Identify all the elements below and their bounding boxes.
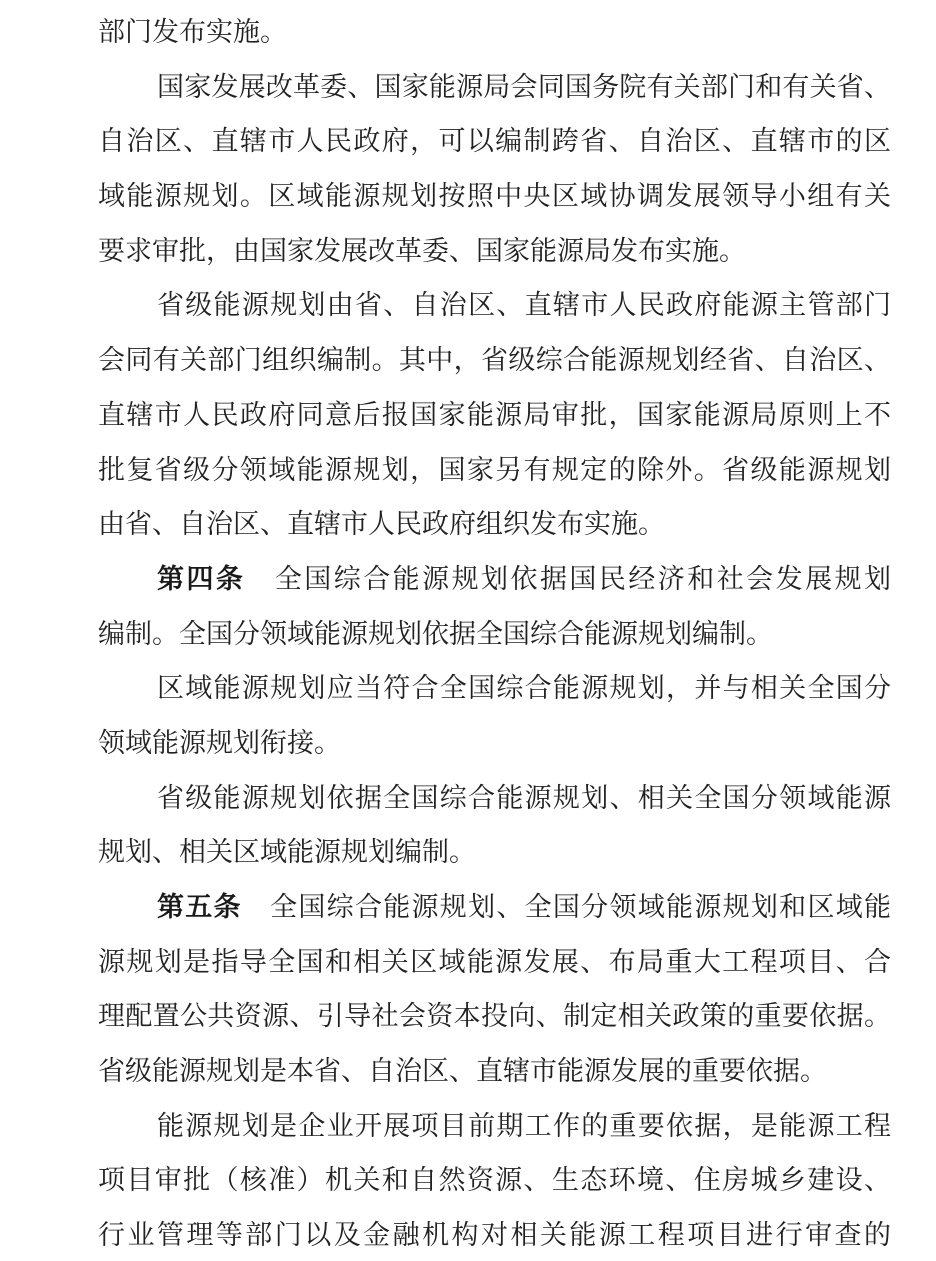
line-text: 规划、相关区域能源规划编制。 [98,837,476,867]
line-text: 省级能源规划是本省、自治区、直辖市能源发展的重要依据。 [98,1056,827,1086]
line-text: 编制。全国分领域能源规划依据全国综合能源规划编制。 [98,619,773,649]
text-line: 会同有关部门组织编制。其中，省级综合能源规划经省、自治区、 [98,333,891,388]
text-line: 编制。全国分领域能源规划依据全国综合能源规划编制。 [98,607,891,662]
line-text: 省级能源规划由省、自治区、直辖市人民政府能源主管部门 [157,290,891,320]
line-text: 全国综合能源规划依据国民经济和社会发展规划 [245,564,891,594]
text-line: 规划、相关区域能源规划编制。 [98,825,891,880]
text-line: 第五条 全国综合能源规划、全国分领域能源规划和区域能 [98,880,891,935]
text-line: 理配置公共资源、引导社会资本投向、制定相关政策的重要依据。 [98,989,891,1044]
line-text: 能源规划是企业开展项目前期工作的重要依据，是能源工程 [157,1111,891,1141]
line-text: 部门发布实施。 [98,17,287,47]
text-line: 省级能源规划依据全国综合能源规划、相关全国分领域能源 [98,771,891,826]
line-text: 理配置公共资源、引导社会资本投向、制定相关政策的重要依据。 [98,1001,891,1031]
text-line: 自治区、直辖市人民政府，可以编制跨省、自治区、直辖市的区 [98,114,891,169]
line-text: 直辖市人民政府同意后报国家能源局审批，国家能源局原则上不 [98,400,891,430]
line-text: 项目审批（核准）机关和自然资源、生态环境、住房城乡建设、 [98,1165,891,1195]
article-number-bold: 第四条 [157,564,245,594]
text-line: 第四条 全国综合能源规划依据国民经济和社会发展规划 [98,552,891,607]
line-text: 全国综合能源规划、全国分领域能源规划和区域能 [242,892,891,922]
line-text: 自治区、直辖市人民政府，可以编制跨省、自治区、直辖市的区 [98,126,891,156]
text-line: 省级能源规划由省、自治区、直辖市人民政府能源主管部门 [98,278,891,333]
line-text: 国家发展改革委、国家能源局会同国务院有关部门和有关省、 [157,72,891,102]
line-text: 批复省级分领域能源规划，国家另有规定的除外。省级能源规划 [98,455,891,485]
document-page: 部门发布实施。 国家发展改革委、国家能源局会同国务院有关部门和有关省、 自治区、… [0,0,936,1261]
text-line: 批复省级分领域能源规划，国家另有规定的除外。省级能源规划 [98,443,891,498]
text-line: 源规划是指导全国和相关区域能源发展、布局重大工程项目、合 [98,935,891,990]
text-line: 能源规划是企业开展项目前期工作的重要依据，是能源工程 [98,1099,891,1154]
text-line: 国家发展改革委、国家能源局会同国务院有关部门和有关省、 [98,60,891,115]
line-text: 行业管理等部门以及金融机构对相关能源工程项目进行审查的 [98,1220,891,1250]
text-line: 要求审批，由国家发展改革委、国家能源局发布实施。 [98,224,891,279]
text-line: 省级能源规划是本省、自治区、直辖市能源发展的重要依据。 [98,1044,891,1099]
text-line: 部门发布实施。 [98,5,891,60]
line-text: 域能源规划。区域能源规划按照中央区域协调发展领导小组有关 [98,181,891,211]
line-text: 会同有关部门组织编制。其中，省级综合能源规划经省、自治区、 [98,345,891,375]
text-line: 行业管理等部门以及金融机构对相关能源工程项目进行审查的 [98,1208,891,1261]
line-text: 区域能源规划应当符合全国综合能源规划，并与相关全国分 [157,673,891,703]
text-line: 项目审批（核准）机关和自然资源、生态环境、住房城乡建设、 [98,1153,891,1208]
text-line: 领域能源规划衔接。 [98,716,891,771]
text-line: 区域能源规划应当符合全国综合能源规划，并与相关全国分 [98,661,891,716]
text-line: 域能源规划。区域能源规划按照中央区域协调发展领导小组有关 [98,169,891,224]
article-number-bold: 第五条 [157,892,242,922]
line-text: 源规划是指导全国和相关区域能源发展、布局重大工程项目、合 [98,947,891,977]
line-text: 要求审批，由国家发展改革委、国家能源局发布实施。 [98,236,746,266]
text-line: 直辖市人民政府同意后报国家能源局审批，国家能源局原则上不 [98,388,891,443]
line-text: 领域能源规划衔接。 [98,728,341,758]
line-text: 由省、自治区、直辖市人民政府组织发布实施。 [98,509,665,539]
line-text: 省级能源规划依据全国综合能源规划、相关全国分领域能源 [157,783,891,813]
text-line: 由省、自治区、直辖市人民政府组织发布实施。 [98,497,891,552]
